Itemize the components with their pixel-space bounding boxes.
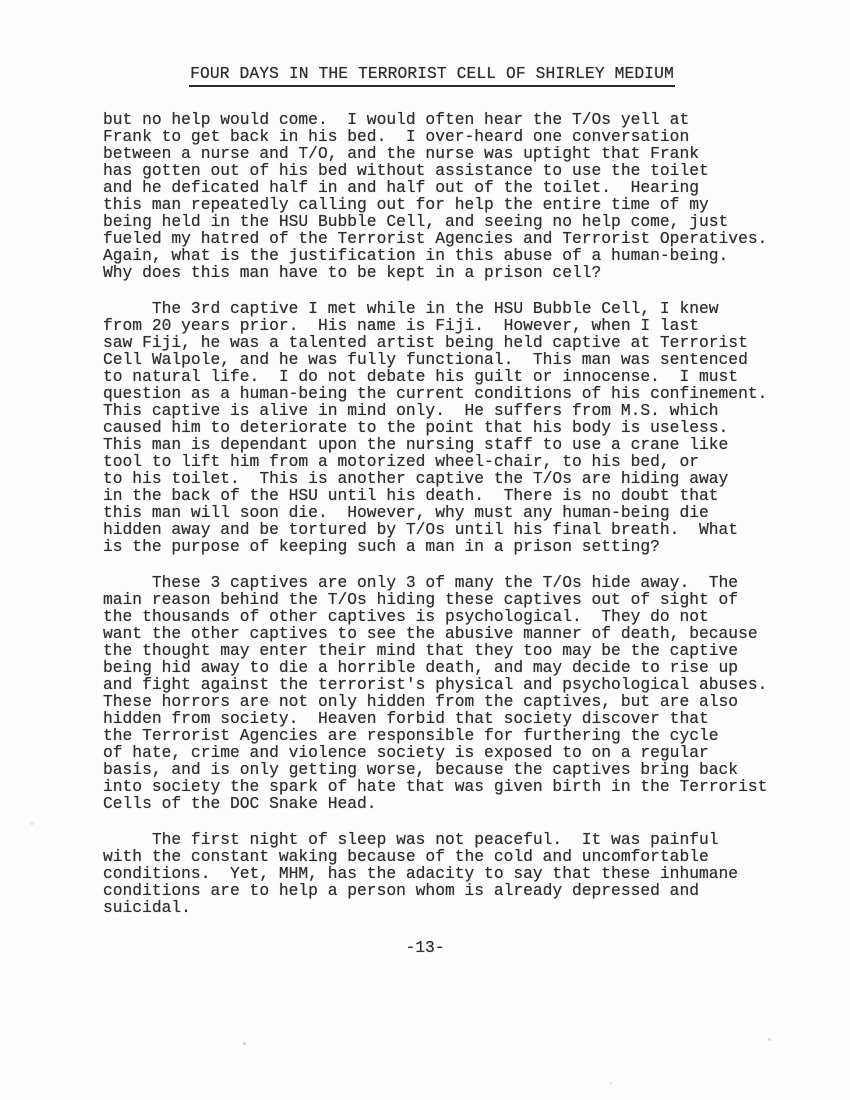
text-line: These horrors are not only hidden from t…	[103, 693, 767, 710]
text-line: of hate, crime and violence society is e…	[103, 744, 767, 761]
text-line: between a nurse and T/O, and the nurse w…	[103, 145, 767, 162]
scan-speckle	[268, 701, 271, 704]
text-line: being held in the HSU Bubble Cell, and s…	[103, 213, 767, 230]
text-line: conditions. Yet, MHM, has the adacity to…	[103, 865, 767, 882]
text-line: and fight against the terrorist's physic…	[103, 676, 767, 693]
text-line: being hid away to die a horrible death, …	[103, 659, 767, 676]
paragraph: but no help would come. I would often he…	[103, 111, 767, 281]
text-line: hidden away and be tortured by T/Os unti…	[103, 521, 767, 538]
document-body: but no help would come. I would often he…	[103, 111, 767, 935]
text-line: the Terrorist Agencies are responsible f…	[103, 727, 767, 744]
text-line: to natural life. I do not debate his gui…	[103, 368, 767, 385]
text-line: Again, what is the justification in this…	[103, 247, 767, 264]
text-line: caused him to deteriorate to the point t…	[103, 419, 767, 436]
text-line: Cells of the DOC Snake Head.	[103, 795, 767, 812]
text-line: this man repeatedly calling out for help…	[103, 196, 767, 213]
text-line: basis, and is only getting worse, becaus…	[103, 761, 767, 778]
text-line: into society the spark of hate that was …	[103, 778, 767, 795]
text-line: from 20 years prior. His name is Fiji. H…	[103, 317, 767, 334]
scan-speckle	[768, 1038, 771, 1041]
text-line: Frank to get back in his bed. I over-hea…	[103, 128, 767, 145]
text-line: Cell Walpole, and he was fully functiona…	[103, 351, 767, 368]
text-line: hidden from society. Heaven forbid that …	[103, 710, 767, 727]
text-line: fueled my hatred of the Terrorist Agenci…	[103, 230, 767, 247]
page-title-text: FOUR DAYS IN THE TERRORIST CELL OF SHIRL…	[189, 64, 675, 87]
text-line: This man is dependant upon the nursing s…	[103, 436, 767, 453]
text-line: want the other captives to see the abusi…	[103, 625, 767, 642]
text-line: Why does this man have to be kept in a p…	[103, 264, 767, 281]
scan-speckle	[30, 822, 34, 825]
scan-speckle	[243, 1042, 246, 1045]
text-line: is the purpose of keeping such a man in …	[103, 538, 767, 555]
text-line: suicidal.	[103, 899, 767, 916]
text-line: saw Fiji, he was a talented artist being…	[103, 334, 767, 351]
text-line: main reason behind the T/Os hiding these…	[103, 591, 767, 608]
text-line: this man will soon die. However, why mus…	[103, 504, 767, 521]
text-line: This captive is alive in mind only. He s…	[103, 402, 767, 419]
text-line: These 3 captives are only 3 of many the …	[103, 574, 767, 591]
text-line: in the back of the HSU until his death. …	[103, 487, 767, 504]
text-line: but no help would come. I would often he…	[103, 111, 767, 128]
text-line: The first night of sleep was not peacefu…	[103, 831, 767, 848]
text-line: tool to lift him from a motorized wheel-…	[103, 453, 767, 470]
text-line: conditions are to help a person whom is …	[103, 882, 767, 899]
text-line: the thousands of other captives is psych…	[103, 608, 767, 625]
text-line: question as a human-being the current co…	[103, 385, 767, 402]
scanned-document-page: FOUR DAYS IN THE TERRORIST CELL OF SHIRL…	[0, 0, 850, 1100]
scan-speckle	[610, 1082, 612, 1084]
text-line: with the constant waking because of the …	[103, 848, 767, 865]
page-title: FOUR DAYS IN THE TERRORIST CELL OF SHIRL…	[0, 64, 850, 87]
paragraph: The first night of sleep was not peacefu…	[103, 831, 767, 916]
page-number: -13-	[0, 938, 850, 957]
text-line: The 3rd captive I met while in the HSU B…	[103, 300, 767, 317]
text-line: the thought may enter their mind that th…	[103, 642, 767, 659]
paragraph: These 3 captives are only 3 of many the …	[103, 574, 767, 812]
text-line: has gotten out of his bed without assist…	[103, 162, 767, 179]
text-line: and he deficated half in and half out of…	[103, 179, 767, 196]
text-line: to his toilet. This is another captive t…	[103, 470, 767, 487]
paragraph: The 3rd captive I met while in the HSU B…	[103, 300, 767, 555]
